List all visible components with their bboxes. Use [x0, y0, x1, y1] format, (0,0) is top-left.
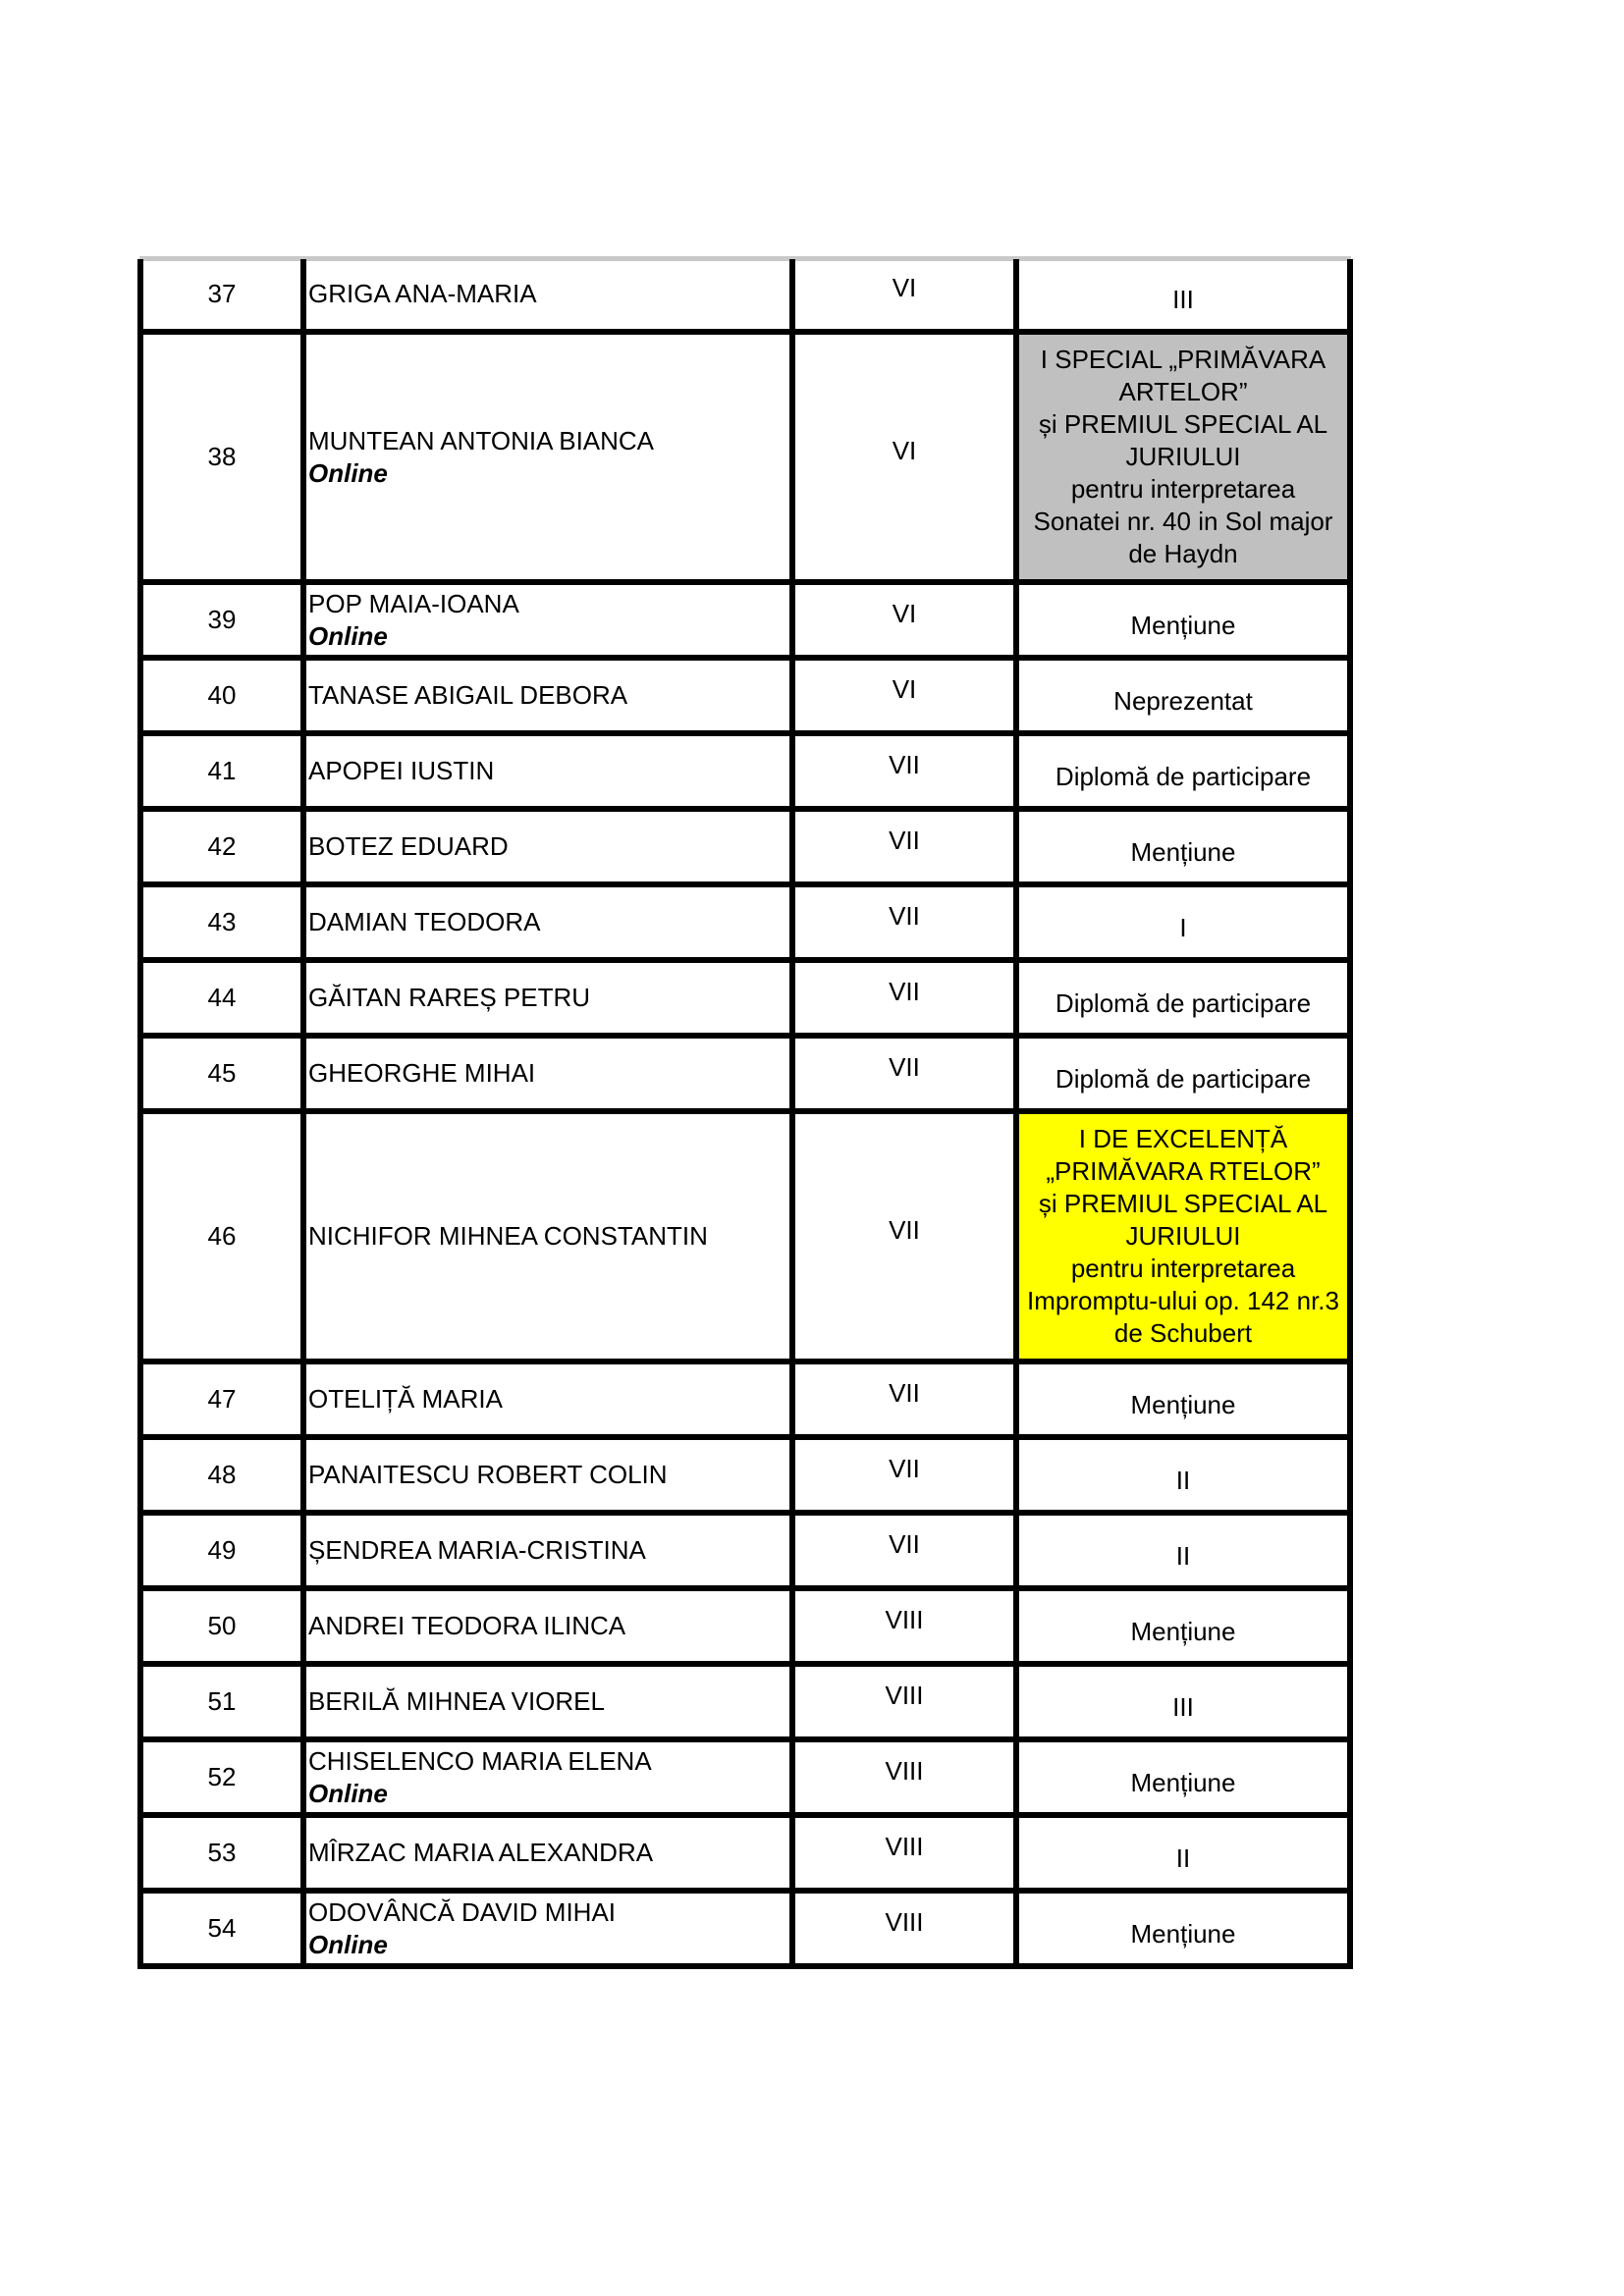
participant-name-cell: GHEORGHE MIHAI [303, 1036, 792, 1111]
row-number: 38 [140, 332, 303, 582]
results-table-body: 37GRIGA ANA-MARIAVIIII38MUNTEAN ANTONIA … [140, 259, 1350, 1966]
participant-name: CHISELENCO MARIA ELENA [308, 1745, 789, 1778]
award-cell: II [1016, 1437, 1350, 1513]
award-cell: Mențiune [1016, 1739, 1350, 1815]
participant-name: APOPEI IUSTIN [308, 755, 789, 787]
row-number: 42 [140, 809, 303, 884]
online-label: Online [308, 457, 789, 490]
class-level: VIII [792, 1815, 1016, 1891]
award-text: Mențiune [1019, 1389, 1347, 1421]
award-text: Diplomă de participare [1019, 988, 1347, 1020]
participant-name-cell: GRIGA ANA-MARIA [303, 259, 792, 332]
row-number: 43 [140, 884, 303, 960]
award-text: I SPECIAL „PRIMĂVARA ARTELOR” [1019, 344, 1347, 408]
award-cell: I SPECIAL „PRIMĂVARA ARTELOR”și PREMIUL … [1016, 332, 1350, 582]
award-cell: Mențiune [1016, 1588, 1350, 1664]
participant-name: POP MAIA-IOANA [308, 588, 789, 620]
participant-name-cell: CHISELENCO MARIA ELENAOnline [303, 1739, 792, 1815]
participant-name: BOTEZ EDUARD [308, 830, 789, 863]
participant-name: GĂITAN RAREȘ PETRU [308, 982, 789, 1014]
row-number: 44 [140, 960, 303, 1036]
row-number: 52 [140, 1739, 303, 1815]
class-level: VI [792, 332, 1016, 582]
row-number: 51 [140, 1664, 303, 1739]
participant-name: GRIGA ANA-MARIA [308, 278, 789, 310]
award-cell: II [1016, 1815, 1350, 1891]
participant-name-cell: POP MAIA-IOANAOnline [303, 582, 792, 658]
row-number: 46 [140, 1111, 303, 1362]
table-row: 43DAMIAN TEODORAVIII [140, 884, 1350, 960]
table-row: 48PANAITESCU ROBERT COLINVIIII [140, 1437, 1350, 1513]
table-row: 51BERILĂ MIHNEA VIORELVIIIIII [140, 1664, 1350, 1739]
table-row: 39POP MAIA-IOANAOnlineVIMențiune [140, 582, 1350, 658]
class-level: VI [792, 658, 1016, 733]
row-number: 37 [140, 259, 303, 332]
award-cell: Mențiune [1016, 809, 1350, 884]
class-level: VIII [792, 1739, 1016, 1815]
table-row: 38MUNTEAN ANTONIA BIANCAOnlineVII SPECIA… [140, 332, 1350, 582]
award-cell: II [1016, 1513, 1350, 1588]
award-text: Mențiune [1019, 1918, 1347, 1950]
table-row: 54ODOVÂNCĂ DAVID MIHAIOnlineVIIIMențiune [140, 1891, 1350, 1966]
award-text: și PREMIUL SPECIAL AL JURIULUI [1019, 408, 1347, 473]
class-level: VI [792, 259, 1016, 332]
award-cell: Diplomă de participare [1016, 960, 1350, 1036]
online-label: Online [308, 1778, 789, 1810]
award-text: II [1019, 1540, 1347, 1573]
award-text: Neprezentat [1019, 685, 1347, 718]
table-row: 44GĂITAN RAREȘ PETRUVIIDiplomă de partic… [140, 960, 1350, 1036]
award-text: Mențiune [1019, 610, 1347, 642]
row-number: 45 [140, 1036, 303, 1111]
participant-name-cell: ANDREI TEODORA ILINCA [303, 1588, 792, 1664]
award-cell: Diplomă de participare [1016, 733, 1350, 809]
award-cell: Mențiune [1016, 1362, 1350, 1437]
participant-name-cell: DAMIAN TEODORA [303, 884, 792, 960]
award-text: III [1019, 1691, 1347, 1724]
class-level: VIII [792, 1891, 1016, 1966]
award-text: Diplomă de participare [1019, 1063, 1347, 1095]
row-number: 50 [140, 1588, 303, 1664]
class-level: VII [792, 809, 1016, 884]
participant-name-cell: GĂITAN RAREȘ PETRU [303, 960, 792, 1036]
participant-name: TANASE ABIGAIL DEBORA [308, 679, 789, 712]
award-text: Mențiune [1019, 1616, 1347, 1648]
online-label: Online [308, 620, 789, 653]
class-level: VII [792, 733, 1016, 809]
participant-name-cell: BOTEZ EDUARD [303, 809, 792, 884]
award-cell: III [1016, 259, 1350, 332]
award-text: pentru interpretarea [1019, 473, 1347, 506]
participant-name: GHEORGHE MIHAI [308, 1057, 789, 1090]
participant-name: MÎRZAC MARIA ALEXANDRA [308, 1837, 789, 1869]
award-cell: Diplomă de participare [1016, 1036, 1350, 1111]
award-cell: Neprezentat [1016, 658, 1350, 733]
table-row: 47OTELIȚĂ MARIAVIIMențiune [140, 1362, 1350, 1437]
award-text: II [1019, 1465, 1347, 1497]
class-level: VII [792, 1111, 1016, 1362]
row-number: 47 [140, 1362, 303, 1437]
participant-name-cell: BERILĂ MIHNEA VIOREL [303, 1664, 792, 1739]
award-text: Diplomă de participare [1019, 761, 1347, 793]
participant-name-cell: NICHIFOR MIHNEA CONSTANTIN [303, 1111, 792, 1362]
participant-name-cell: APOPEI IUSTIN [303, 733, 792, 809]
table-row: 37GRIGA ANA-MARIAVIIII [140, 259, 1350, 332]
row-number: 40 [140, 658, 303, 733]
participant-name-cell: PANAITESCU ROBERT COLIN [303, 1437, 792, 1513]
results-table: 37GRIGA ANA-MARIAVIIII38MUNTEAN ANTONIA … [137, 259, 1353, 1969]
row-number: 53 [140, 1815, 303, 1891]
table-row: 50ANDREI TEODORA ILINCAVIIIMențiune [140, 1588, 1350, 1664]
award-text: II [1019, 1842, 1347, 1875]
online-label: Online [308, 1929, 789, 1961]
participant-name: ODOVÂNCĂ DAVID MIHAI [308, 1896, 789, 1929]
table-row: 45GHEORGHE MIHAIVIIDiplomă de participar… [140, 1036, 1350, 1111]
award-cell: I [1016, 884, 1350, 960]
table-row: 40TANASE ABIGAIL DEBORAVINeprezentat [140, 658, 1350, 733]
row-number: 54 [140, 1891, 303, 1966]
award-text: și PREMIUL SPECIAL AL JURIULUI [1019, 1188, 1347, 1253]
row-number: 39 [140, 582, 303, 658]
participant-name: BERILĂ MIHNEA VIOREL [308, 1685, 789, 1718]
award-cell: Mențiune [1016, 582, 1350, 658]
class-level: VII [792, 1513, 1016, 1588]
participant-name-cell: OTELIȚĂ MARIA [303, 1362, 792, 1437]
award-text: III [1019, 284, 1347, 316]
participant-name: MUNTEAN ANTONIA BIANCA [308, 425, 789, 457]
class-level: VI [792, 582, 1016, 658]
award-text: Sonatei nr. 40 in Sol major de Haydn [1019, 506, 1347, 570]
table-row: 41APOPEI IUSTINVIIDiplomă de participare [140, 733, 1350, 809]
participant-name-cell: ȘENDREA MARIA-CRISTINA [303, 1513, 792, 1588]
row-number: 41 [140, 733, 303, 809]
participant-name: OTELIȚĂ MARIA [308, 1383, 789, 1415]
participant-name-cell: TANASE ABIGAIL DEBORA [303, 658, 792, 733]
participant-name-cell: MÎRZAC MARIA ALEXANDRA [303, 1815, 792, 1891]
table-row: 52CHISELENCO MARIA ELENAOnlineVIIIMențiu… [140, 1739, 1350, 1815]
award-cell: Mențiune [1016, 1891, 1350, 1966]
award-text: Mențiune [1019, 836, 1347, 869]
participant-name: NICHIFOR MIHNEA CONSTANTIN [308, 1220, 789, 1253]
participant-name: DAMIAN TEODORA [308, 906, 789, 938]
row-number: 49 [140, 1513, 303, 1588]
class-level: VII [792, 1437, 1016, 1513]
table-row: 49ȘENDREA MARIA-CRISTINAVIIII [140, 1513, 1350, 1588]
award-cell: III [1016, 1664, 1350, 1739]
participant-name-cell: ODOVÂNCĂ DAVID MIHAIOnline [303, 1891, 792, 1966]
participant-name: ȘENDREA MARIA-CRISTINA [308, 1534, 789, 1567]
award-text: I [1019, 912, 1347, 944]
participant-name: ANDREI TEODORA ILINCA [308, 1610, 789, 1642]
class-level: VII [792, 884, 1016, 960]
row-number: 48 [140, 1437, 303, 1513]
class-level: VII [792, 960, 1016, 1036]
award-text: Impromptu-ului op. 142 nr.3 de Schubert [1019, 1285, 1347, 1350]
award-text: „PRIMĂVARA RTELOR” [1019, 1155, 1347, 1188]
class-level: VII [792, 1362, 1016, 1437]
award-text: Mențiune [1019, 1767, 1347, 1799]
table-row: 42BOTEZ EDUARDVIIMențiune [140, 809, 1350, 884]
table-row: 53MÎRZAC MARIA ALEXANDRAVIIIII [140, 1815, 1350, 1891]
participant-name-cell: MUNTEAN ANTONIA BIANCAOnline [303, 332, 792, 582]
table-row: 46NICHIFOR MIHNEA CONSTANTINVIII DE EXCE… [140, 1111, 1350, 1362]
award-text: pentru interpretarea [1019, 1253, 1347, 1285]
class-level: VIII [792, 1588, 1016, 1664]
award-cell: I DE EXCELENȚĂ„PRIMĂVARA RTELOR”și PREMI… [1016, 1111, 1350, 1362]
award-text: I DE EXCELENȚĂ [1019, 1123, 1347, 1155]
participant-name: PANAITESCU ROBERT COLIN [308, 1459, 789, 1491]
class-level: VIII [792, 1664, 1016, 1739]
class-level: VII [792, 1036, 1016, 1111]
